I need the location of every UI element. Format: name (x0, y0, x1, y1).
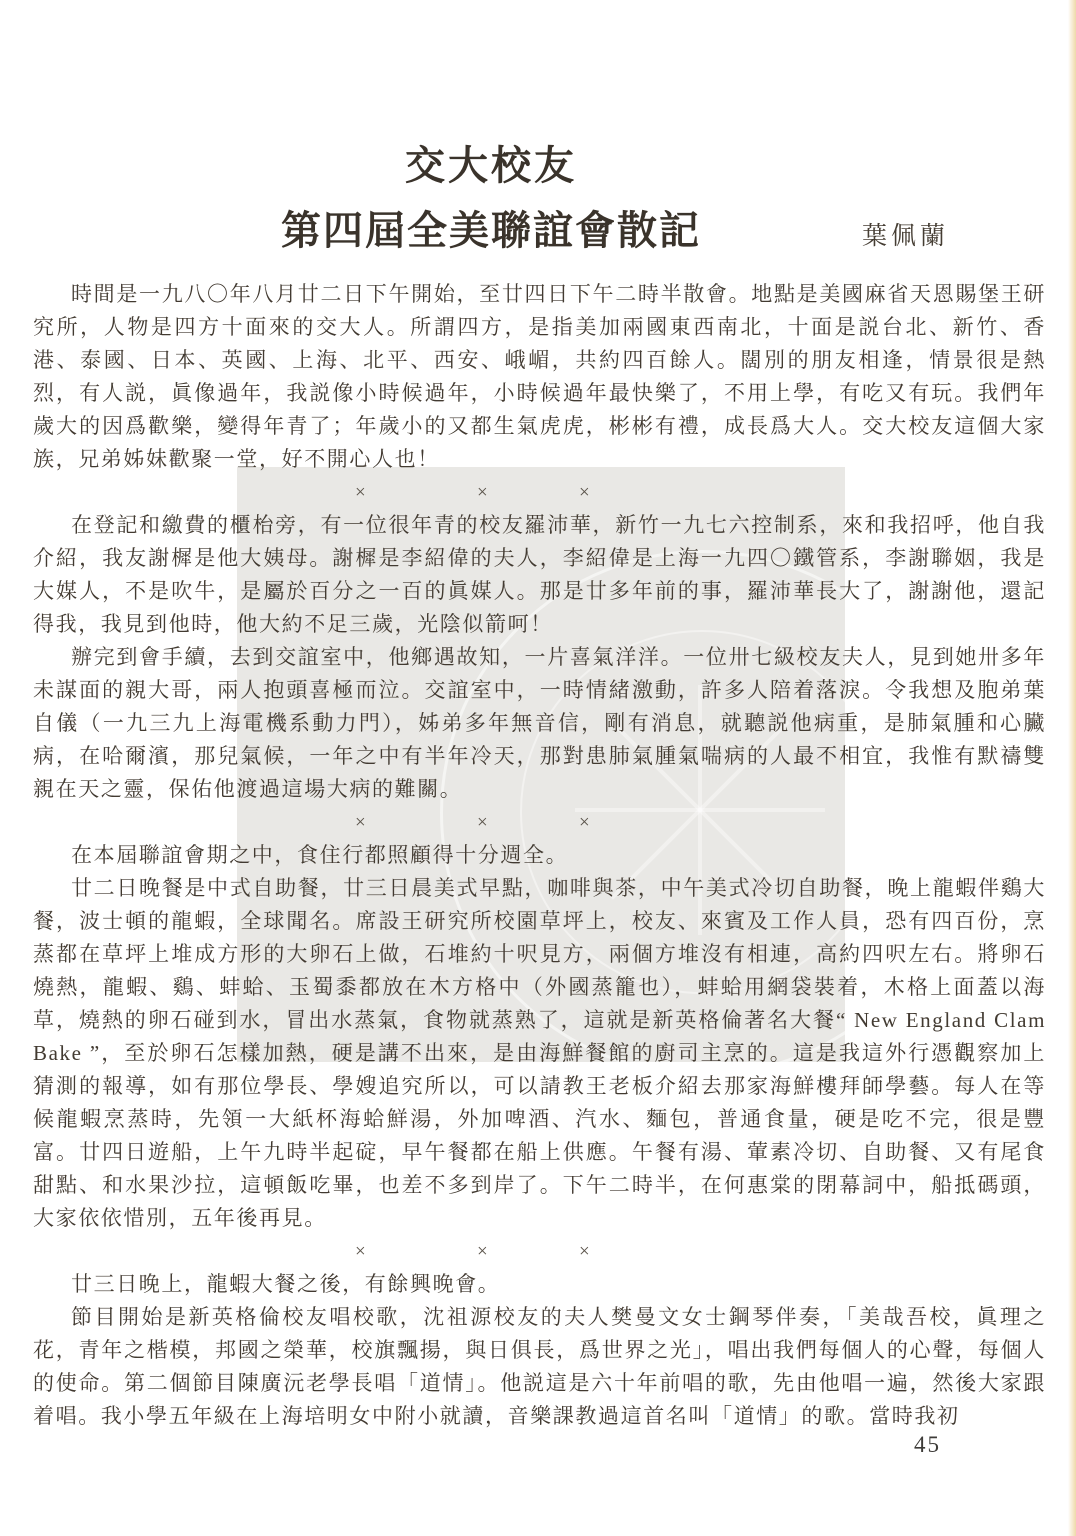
scanned-page-edge (1068, 0, 1076, 1536)
page-number: 45 (914, 1432, 941, 1458)
page-subtitle: 第四屆全美聯誼會散記 (0, 199, 982, 256)
separator-cross-icon: × (477, 806, 489, 839)
page-title: 交大校友 (0, 134, 982, 191)
separator-cross-icon: × (355, 476, 367, 509)
paragraph: 在登記和繳費的櫃枱旁，有一位很年青的校友羅沛華，新竹一九七六控制系，來和我招呼，… (33, 509, 1046, 641)
article-body: 時間是一九八〇年八月廿二日下午開始，至廿四日下午二時半散會。地點是美國麻省天恩賜… (33, 278, 1046, 1433)
paragraph: 在本屆聯誼會期之中，食住行都照顧得十分週全。 (33, 839, 1046, 872)
paragraph: 廿三日晚上，龍蝦大餐之後，有餘興晚會。 (33, 1268, 1046, 1301)
paragraph: 辦完到會手續，去到交誼室中，他鄉遇故知，一片喜氣洋洋。一位卅七級校友夫人，見到她… (33, 641, 1046, 806)
paragraph: 時間是一九八〇年八月廿二日下午開始，至廿四日下午二時半散會。地點是美國麻省天恩賜… (33, 278, 1046, 476)
separator-cross-icon: × (477, 1235, 489, 1268)
separator-cross-icon: × (477, 476, 489, 509)
document-page: 交大校友 第四屆全美聯誼會散記 葉佩蘭 時間是一九八〇年八月廿二日下午開始，至廿… (0, 0, 1076, 1536)
separator-cross-icon: × (355, 806, 367, 839)
separator-cross-icon: × (579, 476, 591, 509)
section-separator: × × × (33, 806, 1046, 839)
separator-cross-icon: × (579, 1235, 591, 1268)
author-name: 葉佩蘭 (862, 216, 949, 252)
separator-cross-icon: × (579, 806, 591, 839)
section-separator: × × × (33, 476, 1046, 509)
separator-cross-icon: × (355, 1235, 367, 1268)
paragraph: 節目開始是新英格倫校友唱校歌，沈祖源校友的夫人樊曼文女士鋼琴伴奏，「美哉吾校，眞… (33, 1301, 1046, 1433)
section-separator: × × × (33, 1235, 1046, 1268)
paragraph: 廿二日晚餐是中式自助餐，廿三日晨美式早點，咖啡與茶，中午美式冷切自助餐，晚上龍蝦… (33, 872, 1046, 1235)
